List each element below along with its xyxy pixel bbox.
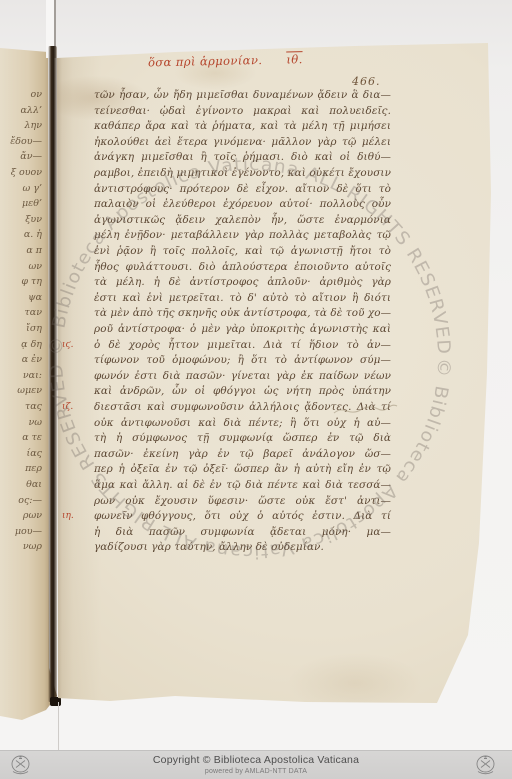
facing-page-line: α ἐν xyxy=(0,353,45,368)
facing-page-line: μου— xyxy=(0,525,45,540)
facing-page-line: ων xyxy=(0,260,45,275)
facing-page-line: αλλ’ xyxy=(0,104,45,119)
facing-page-line: ἄν— xyxy=(0,150,45,165)
facing-page-line: ρων xyxy=(0,509,45,524)
facing-page-line: λην xyxy=(0,119,45,134)
facing-page-line: α π xyxy=(0,244,45,259)
facing-page-line: ψα xyxy=(0,291,45,306)
manuscript-page xyxy=(55,43,492,708)
page-edge-line xyxy=(58,702,59,752)
facing-page-line: θαι xyxy=(0,478,45,493)
facing-page-line: ον xyxy=(0,88,45,103)
facing-page-line: α τε xyxy=(0,431,45,446)
facing-page-line: νω xyxy=(0,416,45,431)
footer-bar: Copyright © Biblioteca Apostolica Vatica… xyxy=(0,750,512,779)
facing-page-line: ταν xyxy=(0,306,45,321)
header-chapter-number: ιθ. xyxy=(286,52,303,66)
facing-page-line: περ xyxy=(0,462,45,477)
facing-page-line: ᾳ δη xyxy=(0,338,45,353)
facing-page-line: ναι: xyxy=(0,369,45,384)
facing-page-line: ἔδου— xyxy=(0,135,45,150)
facing-page-line: α. ἡ xyxy=(0,228,45,243)
facing-page-line: φ τη xyxy=(0,275,45,290)
page-gutter-shadow xyxy=(48,46,57,702)
facing-page-line: ξ ουον xyxy=(0,166,45,181)
facing-page-line: ίας xyxy=(0,447,45,462)
header-title: ὅσα πρὶ ἁρμονίαν. xyxy=(148,53,263,69)
facing-page-line: ξυν xyxy=(0,213,45,228)
facing-page-line: ωμεν xyxy=(0,384,45,399)
facing-page-line: ἴση xyxy=(0,322,45,337)
folio-number: 466. xyxy=(352,76,381,88)
footer-powered-by: powered by AMLAD-NTT DATA xyxy=(0,767,512,776)
manuscript-scan-viewer: οναλλ’ληνἔδου—ἄν—ξ ουονω γ’μεθ’ξυνα. ἡα … xyxy=(0,0,512,779)
gutter-bottom-notch xyxy=(50,697,61,706)
facing-page-line: ω γ’ xyxy=(0,182,45,197)
facing-page-line: μεθ’ xyxy=(0,197,45,212)
facing-page-line: τας xyxy=(0,400,45,415)
facing-page-line: νωρ xyxy=(0,540,45,555)
facing-page-line: ος:— xyxy=(0,494,45,509)
footer-copyright: Copyright © Biblioteca Apostolica Vatica… xyxy=(0,754,512,767)
